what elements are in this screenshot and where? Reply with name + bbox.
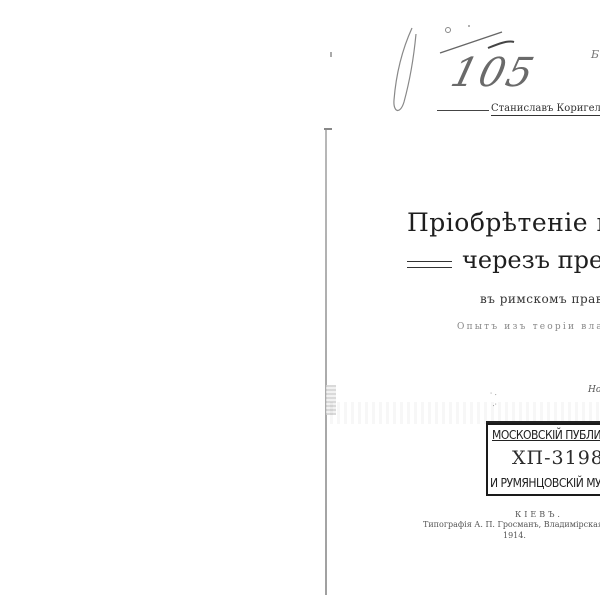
library-stamp: МОСКОВСКІЙ ПУБЛИЧН… ХП-31987 И РУМЯНЦОВС… <box>486 423 600 496</box>
author-rule <box>437 110 489 111</box>
scanned-page: 105 Б Станиславъ Коригельд… Пріобрѣтеніе… <box>0 0 600 600</box>
spine-speck <box>330 52 332 57</box>
author-name: Станиславъ Коригельд… <box>491 103 600 116</box>
book-spine-line <box>325 130 327 595</box>
title-double-rule <box>407 261 452 268</box>
essay-note: Опытъ изъ теоріи влад… <box>457 322 600 332</box>
right-edge-text: Но <box>588 385 600 395</box>
title-line-2: черезъ предст… <box>462 246 600 274</box>
stamp-inventory-number: ХП-31987 <box>512 447 600 469</box>
imprint-city: КІЕВЪ. <box>515 510 563 519</box>
imprint-year: 1914. <box>503 531 526 540</box>
handwritten-number: 105 <box>446 50 540 96</box>
title-line-1: Пріобрѣтеніе влад… <box>407 208 600 237</box>
imprint-printer: Типографія А. П. Гросманъ, Владимірская,… <box>423 520 600 529</box>
blank-left-page <box>0 0 320 600</box>
corner-mark: Б <box>591 48 599 61</box>
subtitle: въ римскомъ правѣ… <box>480 292 600 306</box>
stamp-museum-name: И РУМЯНЦОВСКІЙ МУЗ… <box>490 476 600 490</box>
stamp-library-name: МОСКОВСКІЙ ПУБЛИЧН… <box>492 428 600 442</box>
